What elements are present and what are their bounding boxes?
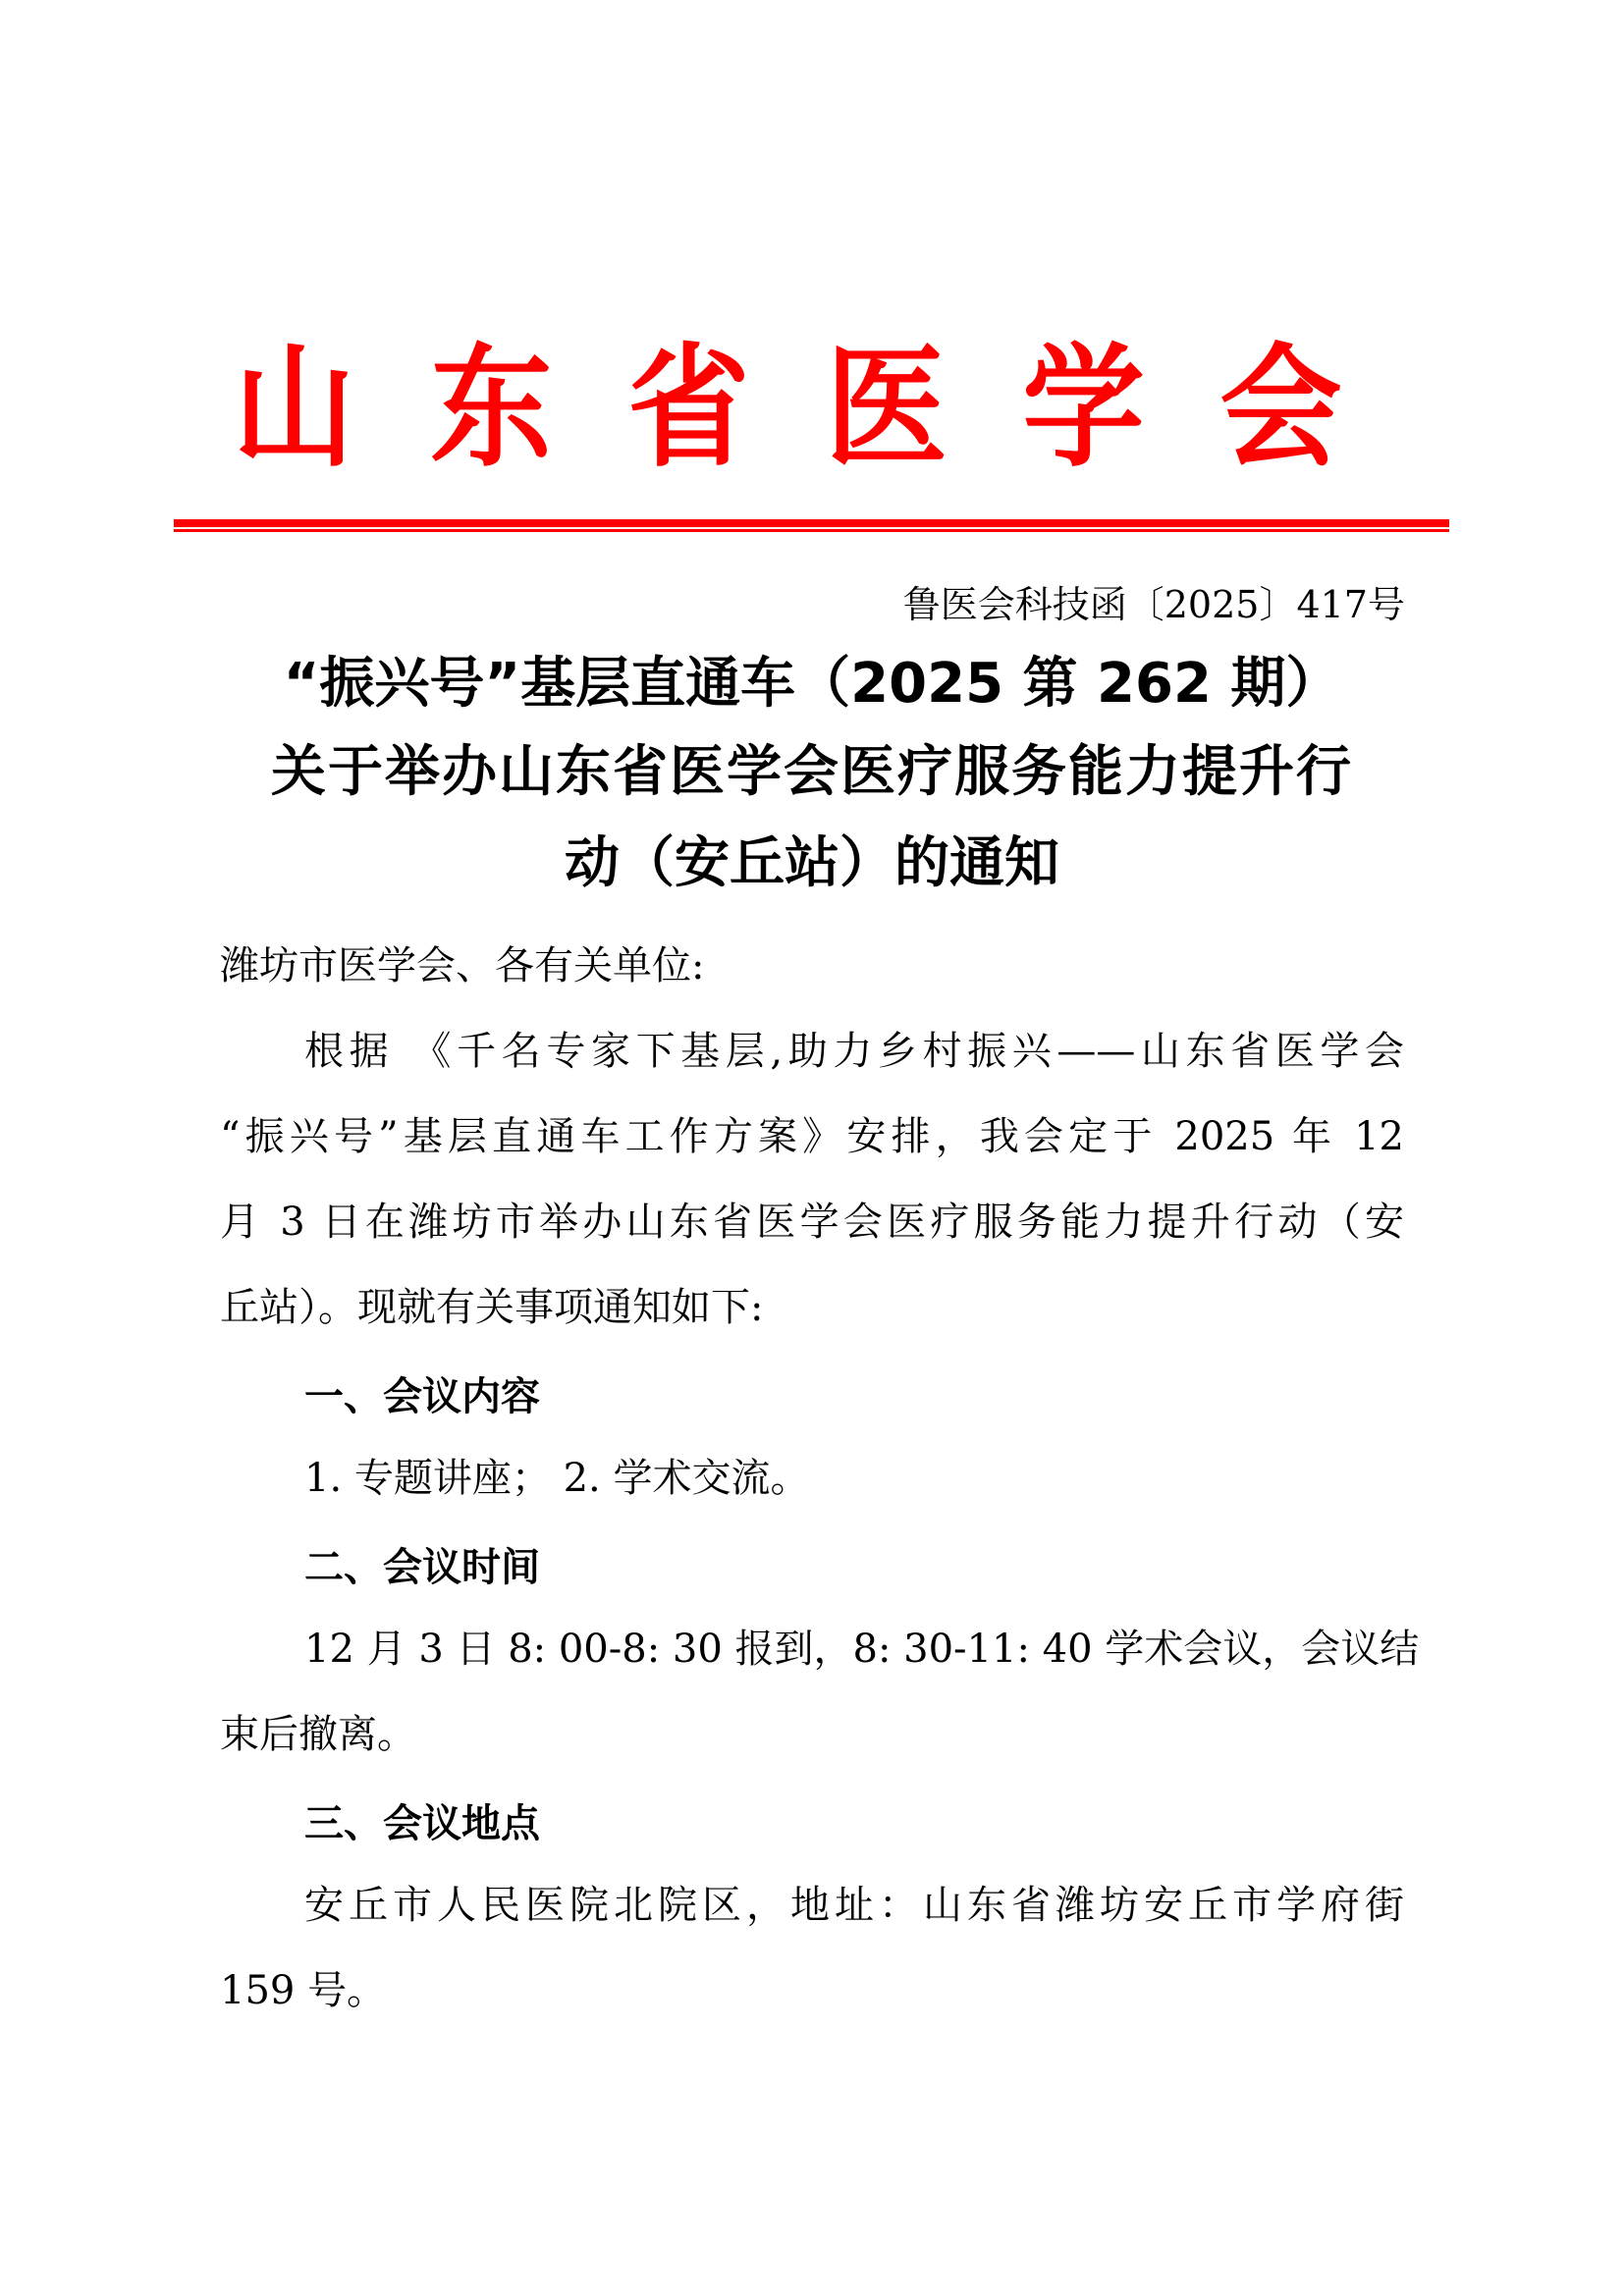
section-line: 12 月 3 日 8: 00-8: 30 报到，8: 30-11: 40 学术会… xyxy=(304,1620,1404,1679)
section-line: 1. 专题讲座； 2. 学术交流。 xyxy=(304,1449,1404,1508)
title-line-2: 关于举办山东省医学会医疗服务能力提升行 xyxy=(220,738,1404,807)
salutation: 潍坊市医学会、各有关单位: xyxy=(220,936,1404,995)
masthead-char: 省 xyxy=(627,334,749,481)
intro-line: 月 3 日在潍坊市举办山东省医学会医疗服务能力提升行动（安 xyxy=(220,1193,1404,1252)
masthead-char: 会 xyxy=(1219,334,1341,481)
section-line: 束后撤离。 xyxy=(220,1705,1404,1764)
section-line: 安丘市人民医院北院区，地址：山东省潍坊安丘市学府街 xyxy=(304,1876,1404,1935)
masthead-divider-thin xyxy=(174,529,1449,532)
masthead-char: 山 xyxy=(233,334,354,481)
masthead-char: 东 xyxy=(430,334,552,481)
title-line-1: “振兴号”基层直通车（2025 第 262 期） xyxy=(220,650,1404,719)
masthead-char: 医 xyxy=(825,334,947,481)
masthead-divider-thick xyxy=(174,519,1449,527)
intro-line: “振兴号”基层直通车工作方案》安排，我会定于 2025 年 12 xyxy=(220,1107,1404,1166)
intro-line: 根据 《千名专家下基层,助力乡村振兴——山东省医学会 xyxy=(304,1022,1404,1081)
masthead-org-name: 山 东 省 医 学 会 xyxy=(228,334,1347,481)
section-line: 159 号。 xyxy=(220,1961,1404,2020)
masthead-char: 学 xyxy=(1022,334,1144,481)
section-heading-content: 一、会议内容 xyxy=(304,1367,1404,1426)
intro-line: 丘站）。现就有关事项通知如下: xyxy=(220,1278,1404,1337)
document-number: 鲁医会科技函〔2025〕417号 xyxy=(863,577,1405,632)
document-page: 山 东 省 医 学 会 鲁医会科技函〔2025〕417号 “振兴号”基层直通车（… xyxy=(0,0,1624,2296)
title-line-3: 动（安丘站）的通知 xyxy=(220,829,1404,898)
section-heading-location: 三、会议地点 xyxy=(304,1794,1404,1853)
section-heading-time: 二、会议时间 xyxy=(304,1538,1404,1597)
